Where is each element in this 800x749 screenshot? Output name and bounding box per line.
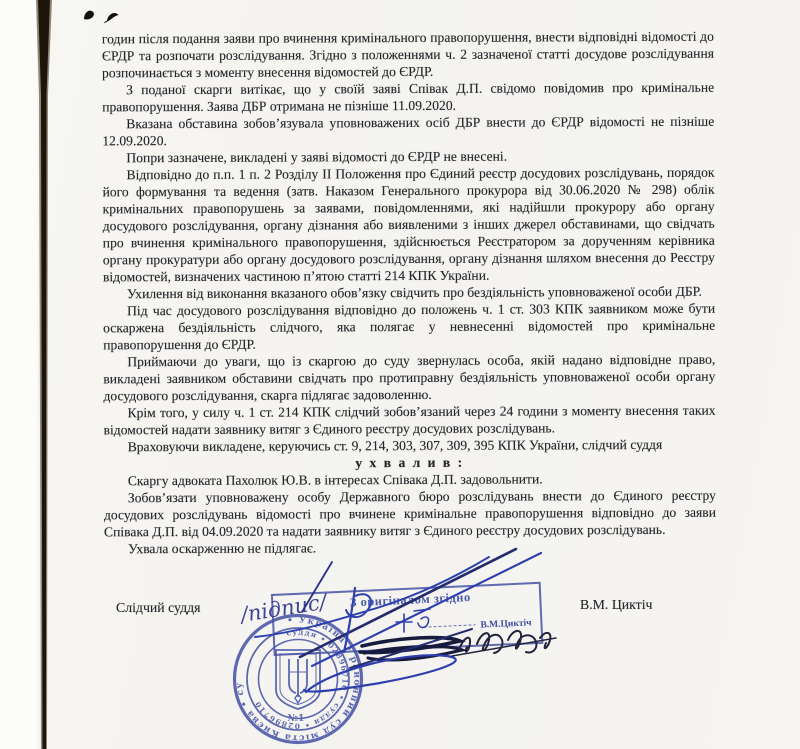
scan-outer-margin [0,0,37,749]
paragraph: Крім того, у силу ч. 1 ст. 214 КПК слідч… [103,402,715,439]
handwritten-slash [302,562,332,612]
certification-stamp: З оригіналом згідно В.М.Циктіч [272,583,542,655]
seal-ring-inner-text: суддя • 02896710 • суддя • 02896710 [253,627,350,730]
paragraph: Враховуючи викладене, керуючись ст. 9, 2… [104,436,716,456]
seal-number: №1 [288,713,305,724]
document-body: годин після подання заяви про вчинення к… [102,28,716,558]
paragraph: годин після подання заяви про вчинення к… [102,28,714,82]
handwritten-signature-note: /підпис/ [237,589,330,627]
ink-marks [84,11,119,24]
handwritten-signature [452,631,556,656]
paragraph: Ухвала оскарженню не підлягає. [104,538,716,558]
scanned-court-ruling-page: годин після подання заяви про вчинення к… [0,0,800,749]
paragraph: Приймаючи до уваги, що із скаргою до суд… [103,351,715,405]
paragraph: Вказана обставина зобов’язувала уповнова… [102,113,714,150]
paragraph: Відповідно до п.п. 1 п. 2 Розділу II Пол… [102,164,715,286]
judge-name: В.М. Циктіч [580,597,653,613]
trident-shield-icon [276,650,320,709]
paragraph: Під час досудового розслідування відпові… [103,300,715,354]
paragraph: Зобов’язати уповноважену особу Державног… [104,487,716,541]
certification-stamp-name: В.М.Циктіч [480,617,532,630]
page-edge-shadow [36,0,52,749]
certification-stamp-title: З оригіналом згідно [350,590,471,609]
judge-role-label: Слідчий суддя [116,600,200,616]
paragraph: З поданої скарги витікає, що у своїй зая… [102,79,714,116]
pen-scribbles [255,549,541,692]
